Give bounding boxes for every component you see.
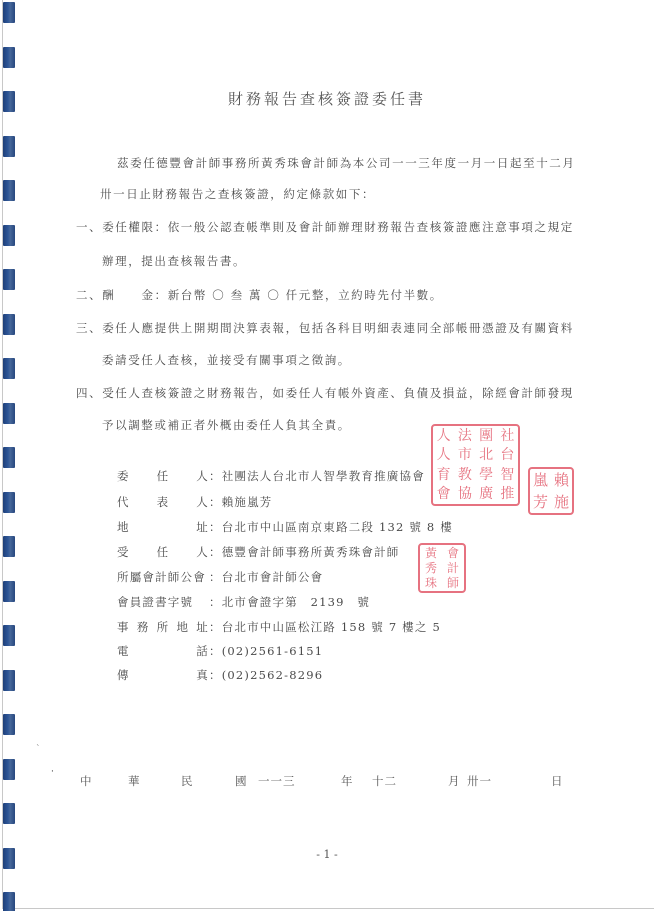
seal-character: 團 bbox=[479, 429, 493, 443]
seal-character: 會 bbox=[447, 547, 459, 559]
clause-2-line-1: 二、酬 金：新台幣 〇 叁 萬 〇 仟元整，立約時先付半數。 bbox=[76, 287, 443, 303]
signature-value: ：(02)2561-6151 bbox=[209, 643, 323, 659]
binding-ring bbox=[3, 581, 15, 602]
signature-row: 受任人：德豐會計師事務所黃秀珠會計師 bbox=[117, 544, 400, 560]
signature-value: ：社團法人台北市人智學教育推廣協會 bbox=[209, 468, 425, 484]
date-line: 中 華 民 國 一一三 年 十二 月 卅一 日 bbox=[0, 773, 654, 789]
binding-ring bbox=[3, 670, 15, 691]
date-year-unit: 年 bbox=[341, 773, 353, 789]
binding-ring bbox=[3, 403, 15, 424]
seal-character: 學 bbox=[479, 468, 493, 482]
page-edge-bottom bbox=[2, 908, 654, 909]
signature-label: 電話 bbox=[117, 643, 209, 659]
seal-character: 廣 bbox=[479, 487, 493, 501]
signature-value: ：台北市中山區松江路 158 號 7 樓之 5 bbox=[209, 619, 441, 635]
binding-ring bbox=[3, 269, 15, 290]
seal-character: 施 bbox=[554, 495, 569, 510]
clause-1-line-2: 辦理，提出查核報告書。 bbox=[102, 253, 246, 269]
signature-row: 電話：(02)2561-6151 bbox=[117, 643, 323, 659]
document-title: 財務報告查核簽證委任書 bbox=[0, 88, 654, 109]
date-day: 卅一 bbox=[467, 773, 492, 789]
binding-ring bbox=[3, 536, 15, 557]
signature-label: 傳真 bbox=[117, 667, 209, 683]
date-day-unit: 日 bbox=[551, 773, 563, 789]
seal-character: 珠 bbox=[425, 577, 437, 589]
scan-mark: ˋ bbox=[36, 745, 41, 755]
binding-ring bbox=[3, 225, 15, 246]
date-era-1: 中 bbox=[80, 773, 92, 789]
binding-ring bbox=[3, 2, 15, 23]
signature-label: 委任人 bbox=[117, 468, 209, 484]
signature-value: ：德豐會計師事務所黃秀珠會計師 bbox=[209, 544, 400, 560]
clause-3-line-2: 委請受任人查核，並接受有關事項之徵詢。 bbox=[102, 352, 351, 368]
binding-ring bbox=[3, 47, 15, 68]
date-month: 十二 bbox=[372, 773, 397, 789]
binding-ring bbox=[3, 358, 15, 379]
signature-row: 代表人：賴施嵐芳 bbox=[117, 494, 273, 510]
seal-character: 人 bbox=[437, 448, 451, 462]
seal-character: 推 bbox=[500, 487, 514, 501]
signature-value: ：(02)2562-8296 bbox=[209, 667, 323, 683]
seal-character: 黃 bbox=[425, 547, 437, 559]
date-year: 一一三 bbox=[258, 773, 296, 789]
representative-seal: 嵐賴芳施 bbox=[528, 467, 574, 515]
intro-line-2: 卅一日止財務報告之查核簽證，約定條款如下： bbox=[100, 186, 375, 202]
seal-character: 協 bbox=[458, 487, 472, 501]
association-seal: 人法團社人市北台育教學智會協廣推 bbox=[431, 424, 520, 506]
cpa-seal: 黃會秀計珠師 bbox=[418, 543, 466, 593]
seal-character: 法 bbox=[458, 429, 472, 443]
date-era-3: 民 bbox=[181, 773, 193, 789]
clause-1-line-1: 一、委任權限：依一般公認查帳準則及會計師辦理財務報告查核簽證應注意事項之規定 bbox=[76, 219, 574, 235]
binding-ring bbox=[3, 714, 15, 735]
signature-label: 事務所地址 bbox=[117, 619, 209, 635]
clause-3-line-1: 三、委任人應提供上開期間決算表報，包括各科目明細表連同全部帳冊憑證及有關資料 bbox=[76, 320, 574, 336]
seal-character: 市 bbox=[458, 448, 472, 462]
seal-character: 芳 bbox=[533, 495, 548, 510]
signature-label: 所屬會計師公會 bbox=[117, 569, 209, 585]
binding-ring bbox=[3, 625, 15, 646]
seal-character: 師 bbox=[447, 577, 459, 589]
signature-row: 事務所地址：台北市中山區松江路 158 號 7 樓之 5 bbox=[117, 619, 441, 635]
seal-character: 會 bbox=[437, 487, 451, 501]
signature-label: 地址 bbox=[117, 519, 209, 535]
seal-character: 台 bbox=[500, 448, 514, 462]
binding-ring bbox=[3, 447, 15, 468]
date-era-4: 國 bbox=[235, 773, 247, 789]
binding-ring bbox=[3, 314, 15, 335]
binding-ring bbox=[3, 136, 15, 157]
binding-ring bbox=[3, 892, 15, 911]
clause-4-line-1: 四、受任人查核簽證之財務報告，如委任人有帳外資產、負債及損益，除經會計師發現 bbox=[76, 385, 574, 401]
date-month-unit: 月 bbox=[448, 773, 460, 789]
signature-value: ：北市會證字第 2139 號 bbox=[209, 594, 370, 610]
seal-character: 育 bbox=[437, 468, 451, 482]
seal-character: 秀 bbox=[425, 562, 437, 574]
seal-character: 計 bbox=[447, 562, 459, 574]
signature-row: 會員證書字號：北市會證字第 2139 號 bbox=[117, 594, 370, 610]
seal-character: 智 bbox=[500, 468, 514, 482]
signature-row: 所屬會計師公會：台北市會計師公會 bbox=[117, 569, 323, 585]
signature-row: 傳真：(02)2562-8296 bbox=[117, 667, 323, 683]
signature-value: ：台北市會計師公會 bbox=[209, 569, 323, 585]
seal-character: 人 bbox=[437, 429, 451, 443]
document-page: 財務報告查核簽證委任書 茲委任德豐會計師事務所黃秀珠會計師為本公司一一三年度一月… bbox=[0, 0, 654, 911]
signature-label: 會員證書字號 bbox=[117, 594, 209, 610]
date-era-2: 華 bbox=[128, 773, 140, 789]
seal-character: 賴 bbox=[554, 473, 569, 488]
signature-value: ：賴施嵐芳 bbox=[209, 494, 273, 510]
seal-character: 教 bbox=[458, 468, 472, 482]
signature-row: 委任人：社團法人台北市人智學教育推廣協會 bbox=[117, 468, 425, 484]
seal-character: 嵐 bbox=[533, 473, 548, 488]
binding-ring bbox=[3, 492, 15, 513]
signature-row: 地址：台北市中山區南京東路二段 132 號 8 樓 bbox=[117, 519, 453, 535]
signature-label: 代表人 bbox=[117, 494, 209, 510]
seal-character: 社 bbox=[500, 429, 514, 443]
signature-label: 受任人 bbox=[117, 544, 209, 560]
binding-ring bbox=[3, 180, 15, 201]
page-number: - 1 - bbox=[0, 848, 654, 861]
binding-ring bbox=[3, 803, 15, 824]
intro-line-1: 茲委任德豐會計師事務所黃秀珠會計師為本公司一一三年度一月一日起至十二月 bbox=[117, 155, 576, 171]
seal-character: 北 bbox=[479, 448, 493, 462]
clause-4-line-2: 予以調整或補正者外概由委任人負其全責。 bbox=[102, 417, 351, 433]
signature-value: ：台北市中山區南京東路二段 132 號 8 樓 bbox=[209, 519, 453, 535]
